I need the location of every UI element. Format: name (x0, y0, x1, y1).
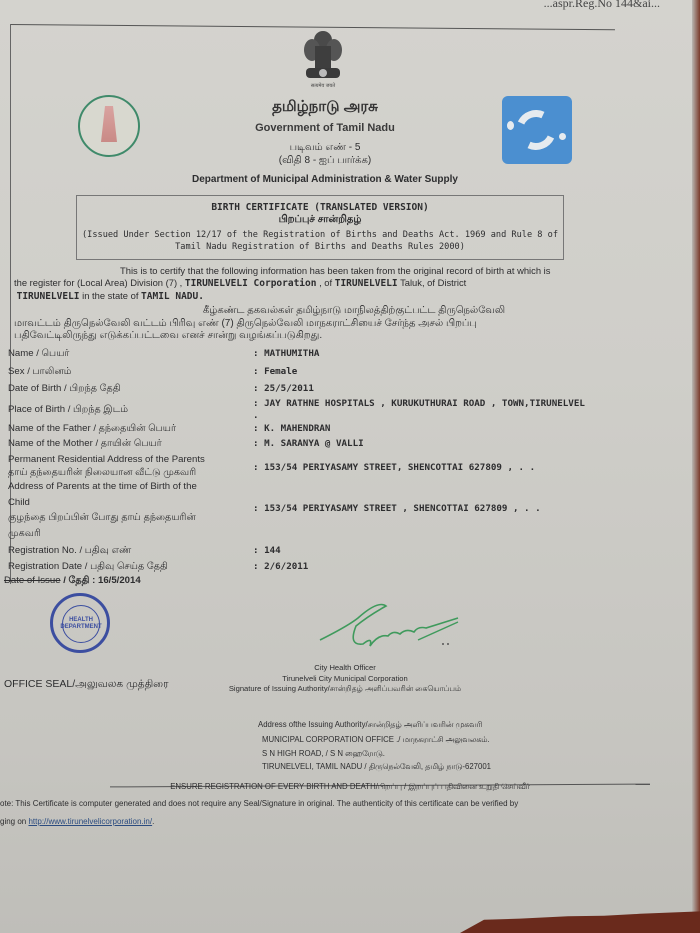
issued-under-text: (Issued Under Section 12/17 of the Regis… (77, 229, 563, 253)
date-of-issue: Date of Issue / தேதி : 16/5/2014 (4, 575, 141, 587)
certification-statement: This is to certify that the following in… (14, 265, 654, 303)
signatory-block: City Health Officer Tirunelveli City Mun… (210, 663, 480, 695)
verification-link[interactable]: http://www.tirunelvelicorporation.in/ (28, 817, 152, 826)
office-seal-caption: OFFICE SEAL/அலுவலக முத்திரை (4, 678, 169, 691)
govt-title-english: Government of Tamil Nadu (0, 122, 650, 134)
paper-edge (692, 0, 700, 933)
form-number: படிவம் எண் - 5 (0, 142, 650, 154)
rule-reference: (விதி 8 - ஐப் பார்க்க) (0, 155, 650, 167)
verification-note: ote: This Certificate is computer genera… (0, 795, 700, 831)
ensure-registration-banner: ENSURE REGISTRATION OF EVERY BIRTH AND D… (0, 782, 700, 792)
certificate-paper: ...aspr.Reg.No 144&ai... सत्यमेव जयते தம… (0, 0, 700, 933)
background-surface (460, 909, 700, 933)
issuing-authority-address: Address ofthe Issuing Authority/சான்றிதழ… (258, 718, 491, 772)
certificate-title-box: BIRTH CERTIFICATE (TRANSLATED VERSION) ப… (76, 195, 564, 260)
health-department-seal-icon: HEALTHDEPARTMENT (50, 593, 110, 653)
govt-title-tamil: தமிழ்நாடு அரசு (0, 98, 650, 117)
certificate-title-tamil: பிறப்புச் சான்றிதழ் (77, 214, 563, 226)
certificate-title: BIRTH CERTIFICATE (TRANSLATED VERSION) (77, 202, 563, 213)
department-name: Department of Municipal Administration &… (0, 174, 650, 185)
svg-text:सत्यमेव जयते: सत्यमेव जयते (311, 82, 335, 89)
top-note: ...aspr.Reg.No 144&ai... (544, 0, 660, 11)
certification-statement-tamil: கீழ்கண்ட தகவல்கள் தமிழ்நாடு மாநிலத்திற்க… (14, 305, 654, 343)
national-emblem-icon: सत्यमेव जयते (300, 28, 346, 90)
signature-icon (318, 596, 478, 656)
